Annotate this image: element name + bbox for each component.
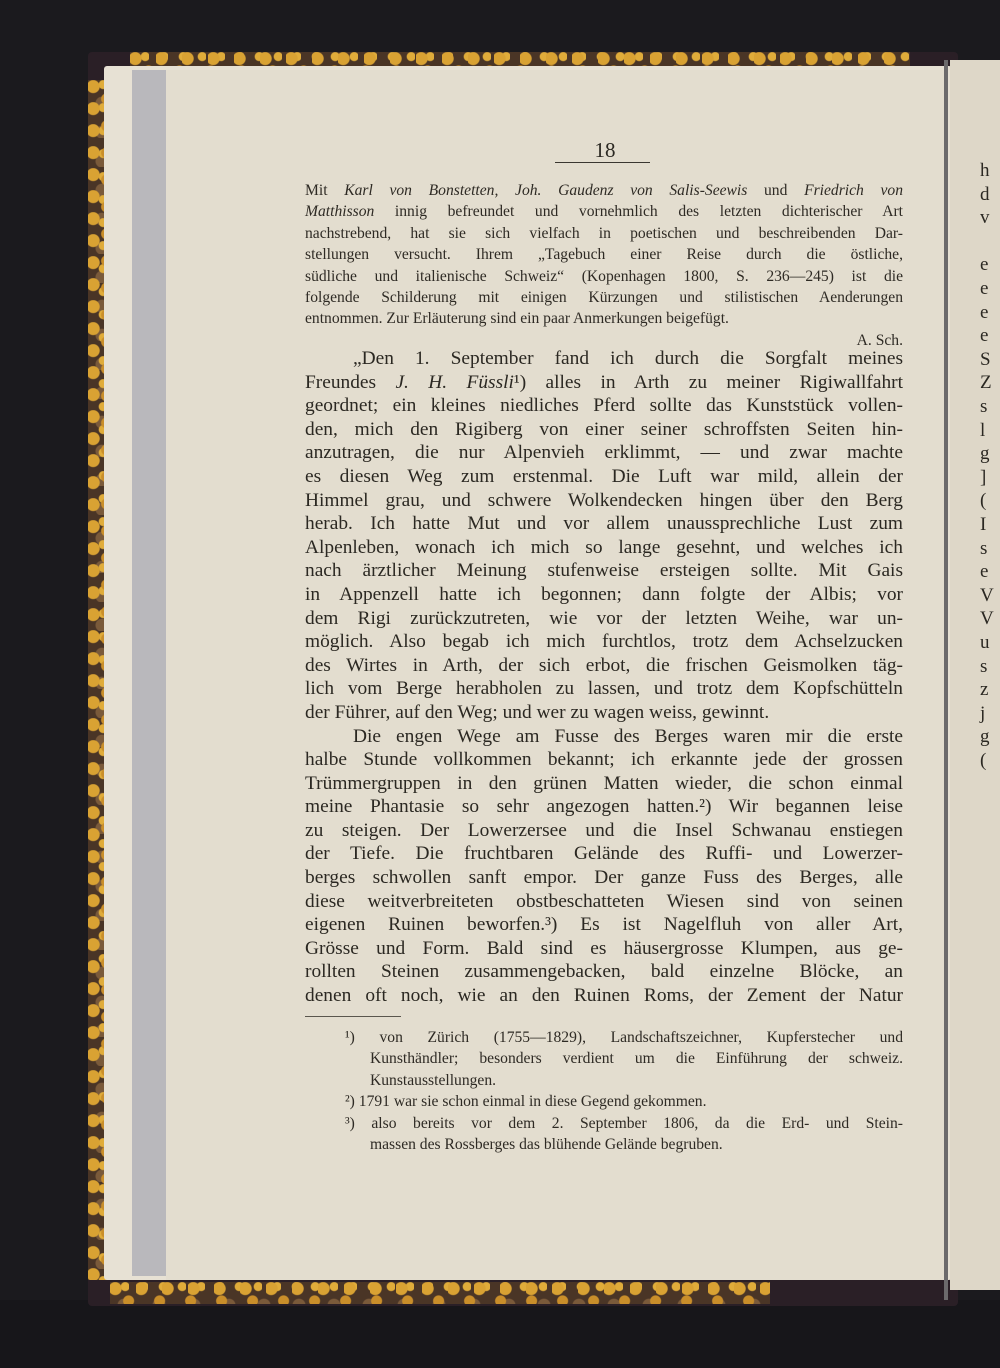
text-line: berges schwollen sanft empor. Der ganze … — [305, 866, 903, 890]
header-rule — [555, 162, 650, 163]
footnotes: ¹) von Zürich (1755—1829), Landschaftsze… — [345, 1027, 903, 1155]
intro-line: entnommen. Zur Erläuterung sind ein paar… — [305, 308, 903, 329]
intro-line: stellungen versucht. Ihrem „Tagebuch ein… — [305, 244, 903, 265]
text-line: Die engen Wege am Fusse des Berges waren… — [305, 725, 903, 749]
page-number: 18 — [560, 138, 650, 163]
facing-page-letter: u — [980, 632, 990, 654]
facing-page-letter: ] — [980, 467, 986, 489]
text-line: nach ärztlicher Meinung stufenweise erst… — [305, 559, 903, 583]
facing-page-letter: j — [980, 703, 985, 725]
gutter — [944, 60, 948, 1300]
text-line: rollten Steinen zusammengebacken, bald e… — [305, 960, 903, 984]
flyleaf-strip — [132, 70, 166, 1276]
facing-page-letter: g — [980, 726, 990, 748]
text-line: Trümmergruppen in den grünen Matten wied… — [305, 772, 903, 796]
text-line: Himmel grau, und schwere Wolkendecken hi… — [305, 489, 903, 513]
footnote-line: Kunsthändler; besonders verdient um die … — [345, 1048, 903, 1069]
intro-line: folgende Schilderung mit einigen Kürzung… — [305, 287, 903, 308]
text-line: meine Phantasie so sehr angezogen hatten… — [305, 795, 903, 819]
facing-page-letter: d — [980, 184, 990, 206]
facing-page-letter: ( — [980, 490, 986, 512]
footnote-line: ³) also bereits vor dem 2. September 180… — [345, 1113, 903, 1134]
text-line: eigenen Ruinen beworfen.³) Es ist Nagelf… — [305, 913, 903, 937]
text-line: Freundes J. H. Füssli¹) alles in Arth zu… — [305, 371, 903, 395]
text-line: anzutragen, die nur Alpenvieh erklimmt, … — [305, 441, 903, 465]
facing-page-letter: V — [980, 608, 994, 630]
facing-page-letter: e — [980, 561, 988, 583]
facing-page-letter: e — [980, 325, 988, 347]
footnote-line: ¹) von Zürich (1755—1829), Landschaftsze… — [345, 1027, 903, 1048]
footnote-line: Kunstausstellungen. — [345, 1070, 903, 1091]
text-line: möglich. Also begab ich mich furchtlos, … — [305, 630, 903, 654]
text-line: der Tiefe. Die fruchtbaren Gelände des R… — [305, 842, 903, 866]
facing-page-letter: e — [980, 254, 988, 276]
marbled-edge-bottom — [110, 1282, 770, 1304]
text-line: denen oft noch, wie an den Ruinen Roms, … — [305, 984, 903, 1008]
footnote-rule — [305, 1016, 401, 1017]
facing-page-letter: z — [980, 679, 988, 701]
intro-line: südliche und italienische Schweiz“ (Kope… — [305, 266, 903, 287]
facing-page-letter: V — [980, 585, 994, 607]
facing-page-letter: s — [980, 396, 987, 418]
text-line: dem Rigi zurückzutreten, wie vor der let… — [305, 607, 903, 631]
text-line: Grösse und Form. Bald sind es häusergros… — [305, 937, 903, 961]
footnote-line: massen des Rossberges das blühende Gelän… — [345, 1134, 903, 1155]
text-line: den, mich den Rigiberg von einer seiner … — [305, 418, 903, 442]
main-text: „Den 1. September fand ich durch die Sor… — [305, 347, 903, 1008]
facing-page-letter: e — [980, 278, 988, 300]
background — [0, 1300, 1000, 1368]
text-line: geordnet; ein kleines niedliches Pferd s… — [305, 394, 903, 418]
text-line: Alpenleben, wonach ich mich so lange ges… — [305, 536, 903, 560]
intro-paragraph: Mit Karl von Bonstetten, Joh. Gaudenz vo… — [305, 180, 903, 351]
text-line: lich vom Berge herabholen zu lassen, und… — [305, 677, 903, 701]
text-line: „Den 1. September fand ich durch die Sor… — [305, 347, 903, 371]
facing-page-letter: v — [980, 207, 990, 229]
facing-page-letter: h — [980, 160, 990, 182]
text-line: herab. Ich hatte Mut und vor allem unaus… — [305, 512, 903, 536]
facing-page-letter: e — [980, 302, 988, 324]
text-line: in Appenzell hatte ich begonnen; dann fo… — [305, 583, 903, 607]
text-line: diese weitverbreiteten obstbeschatteten … — [305, 890, 903, 914]
text-line: halbe Stunde vollkommen bekannt; ich erk… — [305, 748, 903, 772]
facing-page-letter: g — [980, 443, 990, 465]
facing-page-letter: s — [980, 538, 987, 560]
facing-page-letter: Z — [980, 372, 992, 394]
facing-page-letter: I — [980, 514, 986, 536]
facing-page-letter: s — [980, 656, 987, 678]
facing-page-letter: S — [980, 349, 991, 371]
text-line: der Führer, auf den Weg; und wer zu wage… — [305, 701, 903, 725]
text-line: zu steigen. Der Lowerzersee und die Inse… — [305, 819, 903, 843]
facing-page-letter: l — [980, 420, 985, 442]
footnote-line: ²) 1791 war sie schon einmal in diese Ge… — [345, 1091, 903, 1112]
text-line: es diesen Weg zum erstenmal. Die Luft wa… — [305, 465, 903, 489]
intro-line: Matthisson innig befreundet und vornehml… — [305, 201, 903, 222]
facing-page-letter: ( — [980, 750, 986, 772]
facing-page: hdveeeeSZslg](IseVVuszjg( — [950, 60, 1000, 1290]
intro-line: Mit Karl von Bonstetten, Joh. Gaudenz vo… — [305, 180, 903, 201]
text-line: des Wirtes in Arth, der sich erbot, die … — [305, 654, 903, 678]
intro-line: nachstrebend, hat sie sich vielfach in p… — [305, 223, 903, 244]
